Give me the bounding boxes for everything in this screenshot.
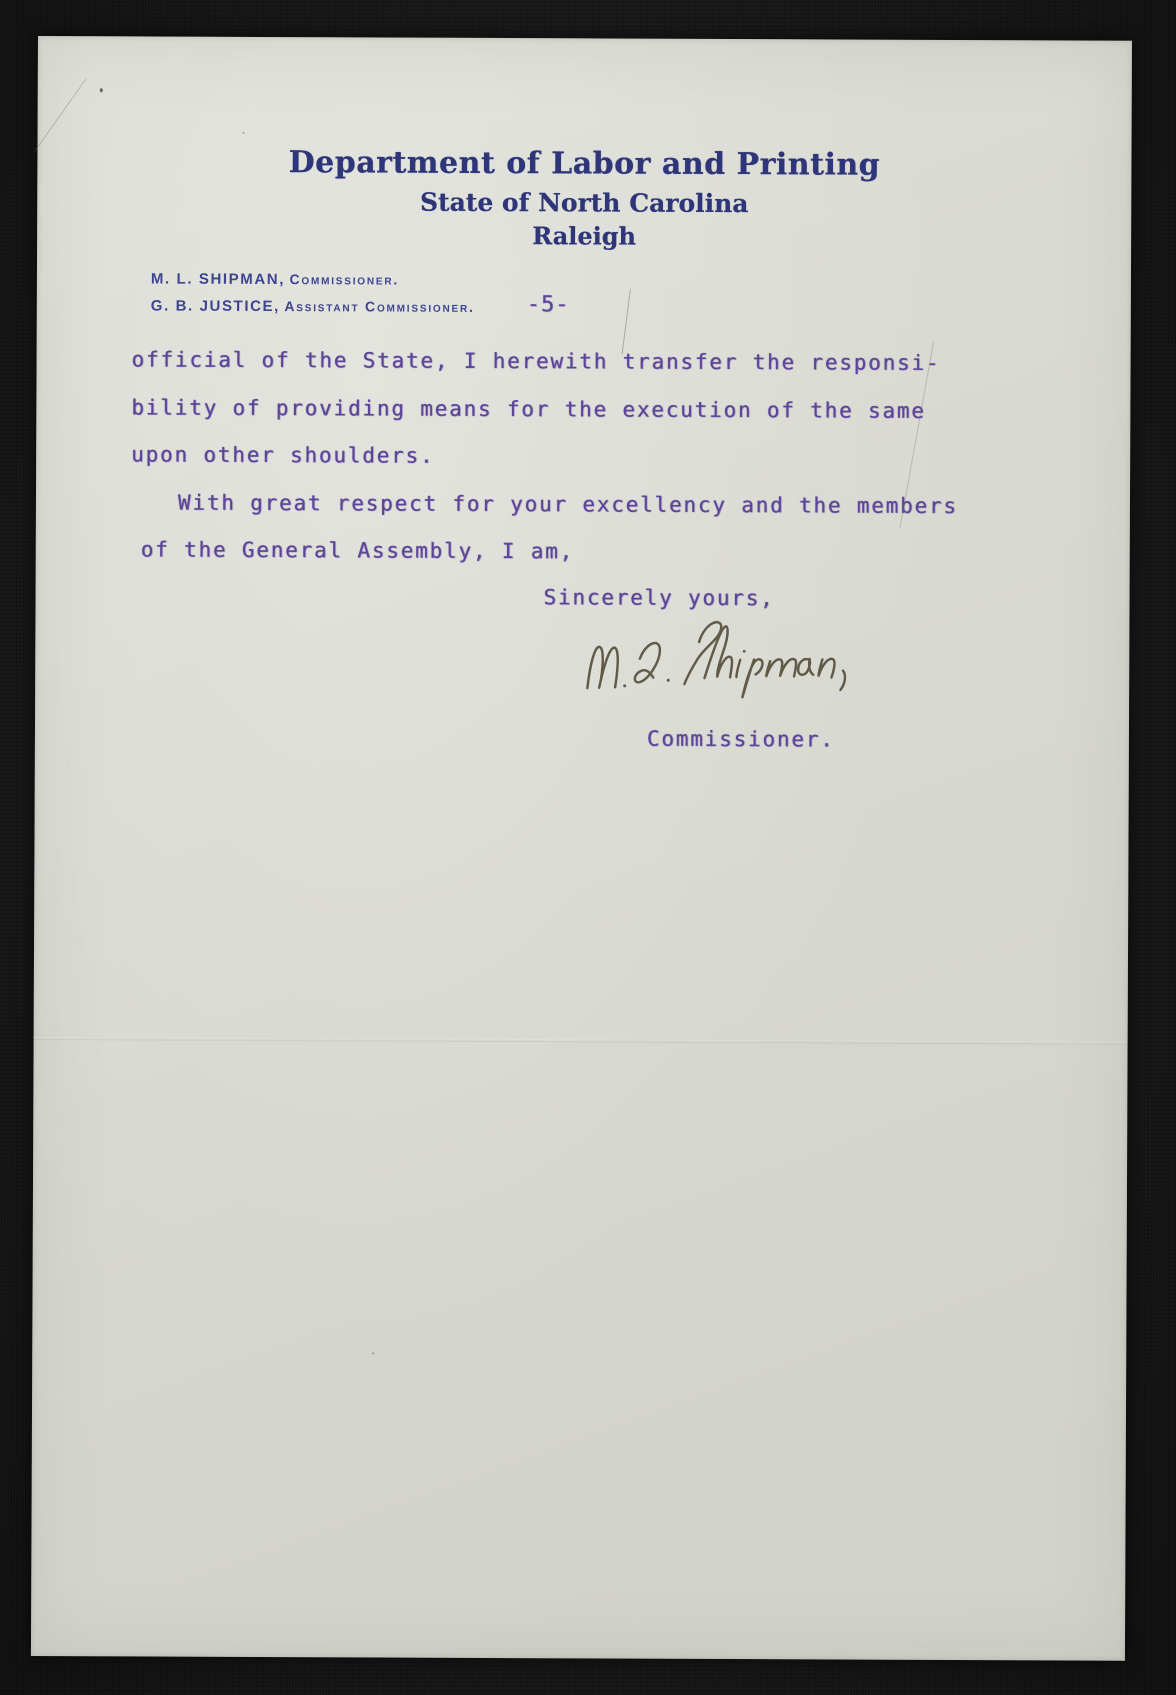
- body-line: bility of providing means for the execut…: [131, 384, 991, 435]
- body-line: official of the State, I herewith transf…: [131, 336, 991, 387]
- official-title: Commissioner.: [289, 271, 399, 287]
- official-title: Assistant Commissioner.: [284, 298, 474, 315]
- paper-speck: [372, 1352, 374, 1354]
- signature-ink-strokes: [579, 602, 902, 722]
- body-line: With great respect for your excellency a…: [131, 479, 991, 530]
- official-name: M. L. SHIPMAN,: [151, 270, 285, 288]
- scan-background: Department of Labor and Printing State o…: [0, 0, 1176, 1695]
- paper-speck: [243, 132, 245, 134]
- official-name: G. B. JUSTICE,: [151, 297, 280, 315]
- official-commissioner: M. L. SHIPMAN, Commissioner.: [151, 270, 475, 289]
- letterhead: Department of Labor and Printing State o…: [37, 144, 1131, 253]
- signer-title: Commissioner.: [647, 727, 835, 752]
- letterhead-department: Department of Labor and Printing: [37, 144, 1131, 184]
- paper-speck: [100, 88, 103, 92]
- letterhead-city: Raleigh: [37, 219, 1131, 253]
- body-line: upon other shoulders.: [131, 431, 991, 482]
- paper-fold-crease: [34, 1037, 1128, 1045]
- letter-body: official of the State, I herewith transf…: [131, 336, 992, 577]
- letterhead-officials: M. L. SHIPMAN, Commissioner. G. B. JUSTI…: [151, 270, 475, 325]
- letterhead-state: State of North Carolina: [37, 186, 1131, 220]
- handwritten-signature: [579, 602, 902, 722]
- letter-page: Department of Labor and Printing State o…: [31, 36, 1132, 1661]
- official-assistant-commissioner: G. B. JUSTICE, Assistant Commissioner.: [151, 297, 475, 316]
- page-number: -5-: [527, 292, 570, 317]
- corner-crease: [34, 78, 87, 152]
- body-line: of the General Assembly, I am,: [131, 526, 991, 577]
